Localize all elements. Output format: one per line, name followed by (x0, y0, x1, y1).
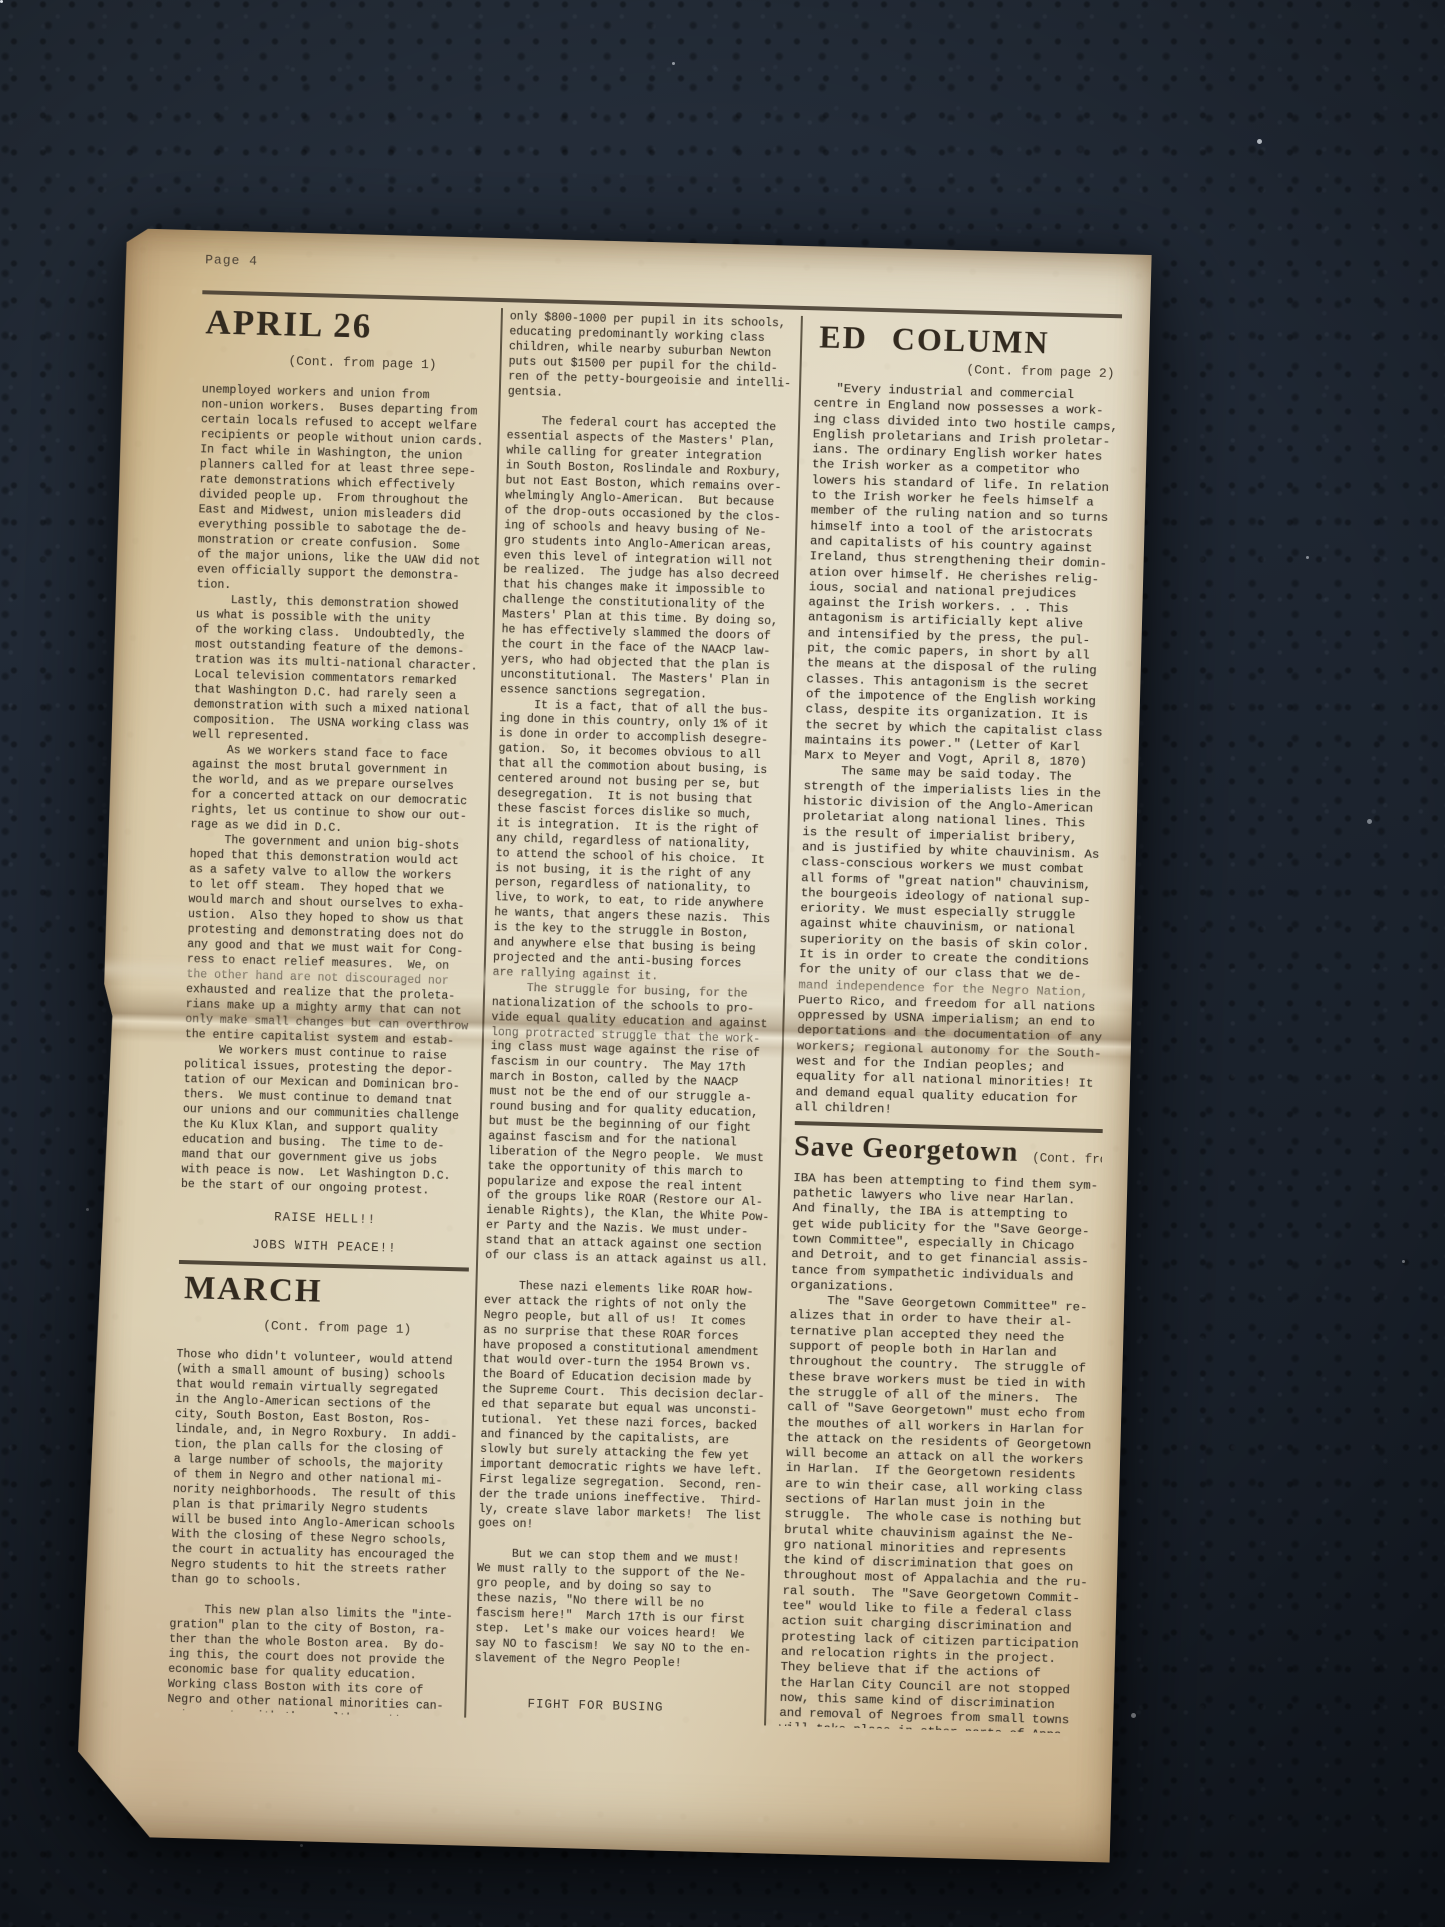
continuation-note-save-georgetown: (Cont. from p. 3) (1032, 1151, 1124, 1168)
slogan-fight-for-busing: FIGHT FOR BUSING (473, 1695, 757, 1717)
headline-april-26: APRIL 26 (205, 302, 494, 350)
march-headline-rule (179, 1260, 469, 1271)
continuation-note-april: (Cont. from page 1) (232, 351, 492, 376)
newspaper-page-wrapper: Page 4 APRIL 26 (Cont. from page 1) unem… (76, 228, 1152, 1863)
article-body-ed-column: "Every industrial and commercial centre … (795, 381, 1122, 1123)
columns-container: APRIL 26 (Cont. from page 1) unemployed … (167, 300, 1124, 1734)
headline-save-georgetown: Save Georgetown (794, 1131, 1019, 1168)
save-georgetown-header-row: Save Georgetown (Cont. from p. 3) (794, 1131, 1103, 1171)
newspaper-page: Page 4 APRIL 26 (Cont. from page 1) unem… (76, 228, 1152, 1863)
slogan-raise-hell: RAISE HELL!! (180, 1208, 470, 1230)
page-number-label: Page 4 (205, 252, 258, 269)
column-right: ED COLUMN (Cont. from page 2) "Every ind… (773, 316, 1124, 1734)
article-body-march: Those who didn't volunteer, would attend… (167, 1346, 466, 1717)
continuation-note-march: (Cont. from page 1) (207, 1315, 467, 1340)
slogan-jobs-with-peace: JOBS WITH PEACE!! (179, 1236, 469, 1258)
column-middle: only $800-1000 per pupil in its schools,… (473, 308, 794, 1725)
article-body-april-26: unemployed workers and union from non-un… (181, 382, 492, 1199)
column-left: APRIL 26 (Cont. from page 1) unemployed … (167, 300, 494, 1717)
article-body-middle: only $800-1000 per pupil in its schools,… (474, 310, 793, 1673)
article-body-save-georgetown: IBA has been attempting to find them sym… (776, 1171, 1101, 1734)
headline-ed-column: ED COLUMN (819, 318, 1124, 363)
headline-march: MARCH (184, 1270, 469, 1314)
